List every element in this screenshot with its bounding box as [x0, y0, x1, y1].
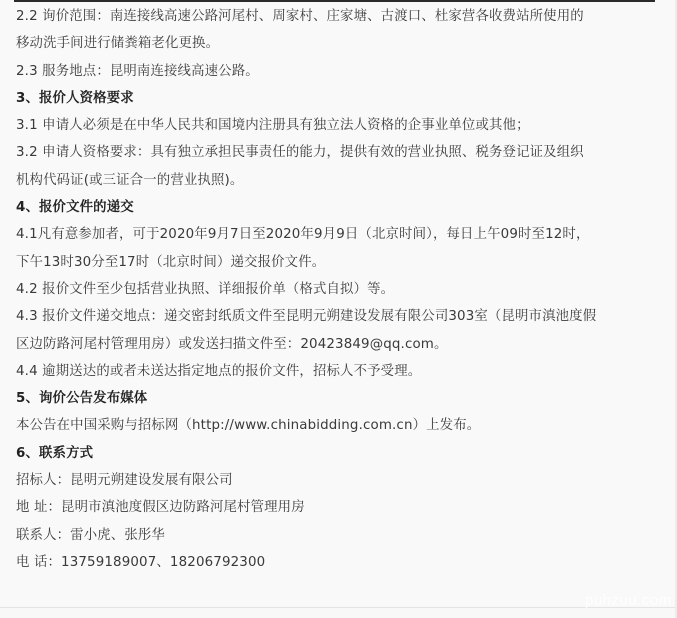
qualification-3-1: 3.1 申请人必须是在中华人民共和国境内注册具有独立法人资格的企事业单位或其他； — [16, 112, 666, 139]
page-footer-gap — [0, 608, 675, 618]
submission-4-3-line-2: 区边防路河尾村管理用房）或发送扫描文件至：20423849@qq.com。 — [16, 331, 666, 358]
service-location: 2.3 服务地点：昆明南连接线高速公路。 — [16, 58, 666, 85]
watermark-text: puhzuu.com — [585, 592, 672, 609]
media-statement: 本公告在中国采购与招标网（http://www.chinabidding.com… — [16, 412, 666, 439]
section-heading-contact: 6、联系方式 — [16, 440, 666, 467]
submission-4-3-line-1: 4.3 报价文件递交地点：递交密封纸质文件至昆明元朔建设发展有限公司303室（昆… — [16, 303, 666, 330]
contact-tenderer: 招标人：昆明元朔建设发展有限公司 — [16, 467, 666, 494]
submission-4-2: 4.2 报价文件至少包括营业执照、详细报价单（格式自拟）等。 — [16, 276, 666, 303]
section-heading-submission: 4、报价文件的递交 — [16, 194, 666, 221]
qualification-3-2-line-2: 机构代码证(或三证合一的营业执照)。 — [16, 167, 666, 194]
section-heading-qualifications: 3、报价人资格要求 — [16, 85, 666, 112]
submission-4-1-line-2: 下午13时30分至17时（北京时间）递交报价文件。 — [16, 249, 666, 276]
qualification-3-2-line-1: 3.2 申请人资格要求：具有独立承担民事责任的能力，提供有效的营业执照、税务登记… — [16, 139, 666, 166]
document-page: 2.2 询价范围：南连接线高速公路河尾村、周家村、庄家塘、古渡口、杜家营各收费站… — [0, 0, 675, 608]
contact-person: 联系人：雷小虎、张彤华 — [16, 522, 666, 549]
section-heading-media: 5、询价公告发布媒体 — [16, 385, 666, 412]
scope-line-2: 移动洗手间进行储粪箱老化更换。 — [16, 30, 666, 57]
scope-line-1: 2.2 询价范围：南连接线高速公路河尾村、周家村、庄家塘、古渡口、杜家营各收费站… — [16, 3, 666, 30]
announcement-content: 2.2 询价范围：南连接线高速公路河尾村、周家村、庄家塘、古渡口、杜家营各收费站… — [16, 3, 666, 576]
top-divider — [14, 0, 655, 2]
submission-4-1-line-1: 4.1凡有意参加者，可于2020年9月7日至2020年9月9日（北京时间），每日… — [16, 221, 666, 248]
contact-address: 地 址：昆明市滇池度假区边防路河尾村管理用房 — [16, 494, 666, 521]
submission-4-4: 4.4 逾期送达的或者未送达指定地点的报价文件，招标人不予受理。 — [16, 358, 666, 385]
contact-phone: 电 话：13759189007、18206792300 — [16, 549, 666, 576]
